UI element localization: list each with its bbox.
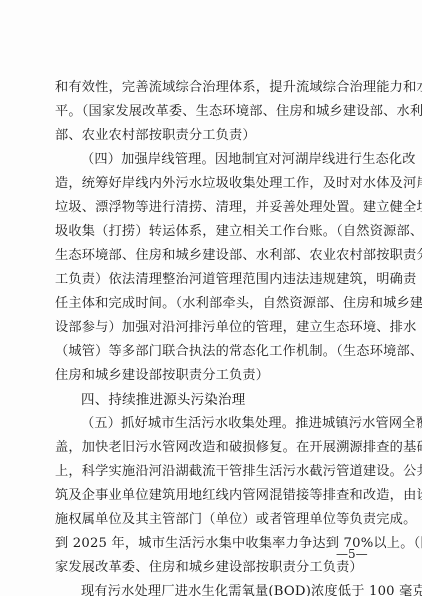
page-number: —5—	[336, 547, 368, 561]
text-line: 筑及企事业单位建筑用地红线内管网混错接等排查和改造，由设	[55, 484, 369, 508]
text-line: 住房和城乡建设部按职责分工负责）	[55, 364, 369, 388]
section-heading: 四、持续推进源头污染治理	[55, 388, 369, 412]
document-page: 和有效性，完善流域综合治理体系，提升流域综合治理能力和水 平。（国家发展改革委、…	[0, 0, 422, 596]
text-line: 现有污水处理厂进水生化需氧量(BOD)浓度低于 100 毫克/升	[55, 580, 369, 596]
text-line: 到 2025 年，城市生活污水集中收集率力争达到 70%以上。（国	[55, 532, 369, 556]
text-line: 平。（国家发展改革委、生态环境部、住房和城乡建设部、水利	[55, 100, 369, 124]
text-line: 圾收集（打捞）转运体系，建立相关工作台账。（自然资源部、	[55, 220, 369, 244]
text-line: 家发展改革委、住房和城乡建设部按职责分工负责）	[55, 556, 369, 580]
text-line: 盖，加快老旧污水管网改造和破损修复。在开展溯源排查的基础	[55, 436, 369, 460]
text-line: 任主体和完成时间。（水利部牵头，自然资源部、住房和城乡建	[55, 292, 369, 316]
text-line: （城管）等多部门联合执法的常态化工作机制。（生态环境部、	[55, 340, 369, 364]
text-line: （四）加强岸线管理。因地制宜对河湖岸线进行生态化改	[55, 148, 369, 172]
text-line: 和有效性，完善流域综合治理体系，提升流域综合治理能力和水	[55, 76, 369, 100]
text-line: 生态环境部、住房和城乡建设部、水利部、农业农村部按职责分	[55, 244, 369, 268]
text-line: 设部参与）加强对沿河排污单位的管理，建立生态环境、排水	[55, 316, 369, 340]
text-line: 施权属单位及其主管部门（单位）或者管理单位等负责完成。	[55, 508, 369, 532]
text-line: 部、农业农村部按职责分工负责）	[55, 124, 369, 148]
text-line: （五）抓好城市生活污水收集处理。推进城镇污水管网全覆	[55, 412, 369, 436]
document-body: 和有效性，完善流域综合治理体系，提升流域综合治理能力和水 平。（国家发展改革委、…	[55, 76, 369, 596]
text-line: 上，科学实施沿河沿湖截流干管排生活污水截污管道建设。公共建	[55, 460, 369, 484]
text-line: 工负责）依法清理整治河道管理范围内违法违规建筑，明确责	[55, 268, 369, 292]
text-line: 造，统筹好岸线内外污水垃圾收集处理工作，及时对水体及河岸	[55, 172, 369, 196]
text-line: 垃圾、漂浮物等进行清捞、清理，并妥善处理处置。建立健全垃	[55, 196, 369, 220]
